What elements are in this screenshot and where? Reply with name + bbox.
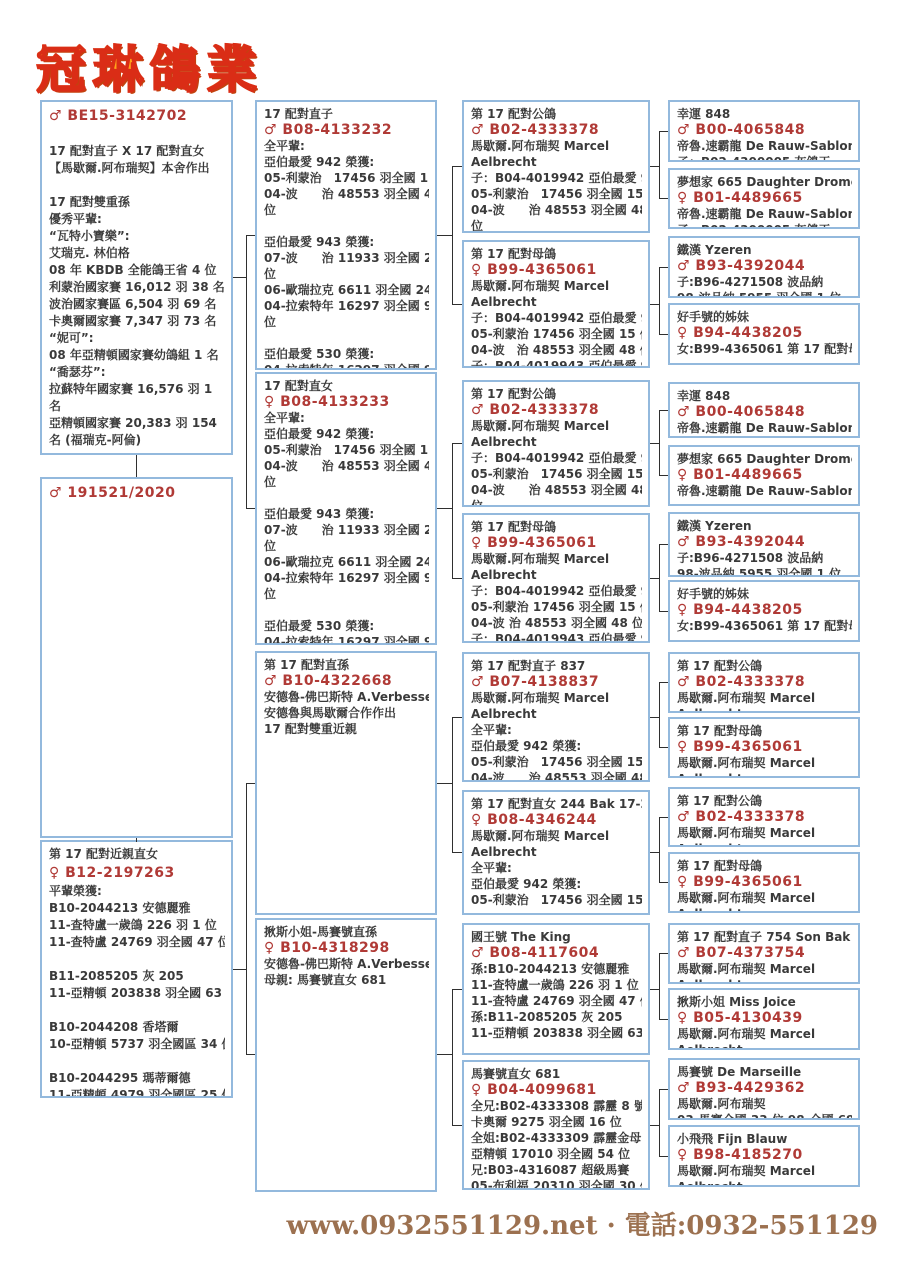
text-line: 全平輩: [264,138,429,154]
text-line: 亞伯最愛 943 榮獲: [264,506,429,522]
text-line [49,126,225,143]
text-line: 女:B99-4365061 第 17 配對母鴿 [677,341,852,357]
pedigree-box-b02-4333378-2: 第 17 配對公鴿♂ B02-4333378馬歇爾.阿布瑞契 MarcelAel… [462,380,650,507]
text-line: 安德魯與馬歇爾合作作出 [264,705,429,721]
text-line: 04-拉索特年 16297 羽全國 93 [264,362,429,370]
text-line: 位 [264,202,429,218]
pedigree-connector [452,166,453,305]
ring-number: ♀ B94-4438205 [677,602,852,618]
ring-number: ♂ B02-4333378 [471,122,642,138]
pedigree-connector [452,717,462,718]
text-line: 馬歇爾.阿布瑞契 [677,1096,852,1112]
text-line [264,490,429,506]
pedigree-connector [452,304,462,305]
pedigree-connector [452,443,453,579]
pedigree-connector [659,882,668,883]
pedigree-connector [246,783,247,1055]
brand-logo: 冠琳鴿業 [36,30,264,102]
text-line: 馬歇爾.阿布瑞契 Marcel [677,825,852,841]
pigeon-title: 第 17 配對直孫 [264,657,429,673]
ring-number: ♂ B08-4133232 [264,122,429,138]
text-line [49,951,225,968]
text-line: 全平輩: [471,860,642,876]
pedigree-connector [452,852,462,853]
text-line: 04-波 治 48553 羽全國 48 [264,186,429,202]
pedigree-connector [246,1054,255,1055]
ring-number: ♂ B02-4333378 [677,674,852,690]
text-line: Aelbrecht [677,1042,852,1050]
text-line: 11-查特盧 24769 羽全國 47 位 [49,934,225,951]
pedigree-box-b10-4318298: 揪斯小姐-馬賽號直孫♀ B10-4318298安德魯-佛巴斯特 A.Verbes… [255,918,437,1192]
pedigree-connector [136,455,137,477]
pedigree-box-b99-4365061-2: 第 17 配對母鴿♀ B99-4365061馬歇爾.阿布瑞契 MarcelAel… [462,513,650,643]
pigeon-title: 第 17 配對直女 244 Bak 17-244 [471,796,642,812]
text-line: 07-波 治 11933 羽全國 20 [264,250,429,266]
text-line [49,1002,225,1019]
pedigree-connector [659,1156,668,1157]
pedigree-box-b07-4373754: 第 17 配對直子 754 Son Bak 17♂ B07-4373754馬歇爾… [668,923,860,984]
text-line [264,218,429,234]
ring-number: ♀ B01-4489665 [677,467,852,483]
text-line: 98-波品納 5955 羽全國 1 位 [677,290,852,298]
pigeon-title: 第 17 配對公鴿 [677,793,852,809]
pedigree-connector [246,508,255,509]
text-line: 17 配對直子 X 17 配對直女 [49,143,225,160]
text-line: 馬歇爾.阿布瑞契 Marcel [677,961,852,977]
pedigree-connector [452,1125,462,1126]
text-line: 位 [264,314,429,330]
text-line: 子：B04-4019943 亞伯最愛 943 [471,631,642,643]
pedigree-connector [659,410,660,476]
text-line: 母親: 馬賽號直女 681 [264,972,429,988]
text-line: 05-利蒙治 17456 羽全國 15 位 [471,599,642,615]
text-line: 亞伯最愛 942 榮獲: [264,154,429,170]
pedigree-box-b08-4117604-the-king: 國王號 The King♂ B08-4117604孫:B10-2044213 安… [462,923,650,1055]
text-line [49,177,225,194]
pedigree-box-b00-4065848-1: 幸運 848♂ B00-4065848帝魯.速霸龍 De Rauw-Sablon… [668,100,860,162]
pedigree-connector [659,747,668,748]
pigeon-title: 第 17 配對近親直女 [49,846,225,863]
ring-number: ♀ B08-4346244 [471,812,642,828]
text-line: Aelbrecht [677,706,852,713]
text-line: 04-拉索特年 16297 羽全國 93 [264,570,429,586]
text-line: 位 [471,498,642,507]
text-line: 子:B96-4271508 波品納 [677,550,852,566]
ring-number: ♀ B99-4365061 [677,874,852,890]
pedigree-connector [659,544,668,545]
ring-number: ♂ B07-4138837 [471,674,642,690]
ring-number: ♂ B93-4392044 [677,258,852,274]
pigeon-title: 第 17 配對母鴿 [677,858,852,874]
pedigree-connector [659,475,668,476]
text-line: 子：B04-4019942 亞伯最愛 942 [471,450,642,466]
text-line: 利蒙治國家賽 16,012 羽 38 名 [49,279,225,296]
pedigree-connector [233,969,247,970]
pedigree-connector [659,267,660,335]
ring-number: ♀ B01-4489665 [677,190,852,206]
text-line: 子：B02-4300005 灰鴿王 [677,222,852,229]
text-line: 05-利蒙治 17456 羽全國 15 位 [471,186,642,202]
text-line: 位 [264,266,429,282]
text-line: Aelbrecht [471,434,642,450]
text-line: 優秀平輩: [49,211,225,228]
text-line: 全平輩: [471,722,642,738]
text-line: 帝魯.速霸龍 De Rauw-Sablon [677,420,852,436]
pigeon-title: 好手號的姊妹 [677,309,852,325]
pedigree-connector [659,611,668,612]
text-line: 位 [264,474,429,490]
pedigree-connector [659,198,668,199]
pedigree-connector [659,1019,668,1020]
text-line: B10-2044213 安德麗雅 [49,900,225,917]
text-line: 馬歇爾.阿布瑞契 Marcel [471,690,642,706]
pedigree-connector [659,1089,668,1090]
pedigree-connector [659,953,660,1020]
pedigree-box-b00-4065848-2: 幸運 848♂ B00-4065848帝魯.速霸龍 De Rauw-Sablon [668,382,860,438]
text-line: 04-拉索特年 16297 羽全國 93 [264,298,429,314]
pedigree-connector [659,682,668,683]
text-line: 位 [264,538,429,554]
ring-number: ♂ B00-4065848 [677,122,852,138]
pedigree-box-b08-4133232: 17 配對直子♂ B08-4133232全平輩:亞伯最愛 942 榮獲:05-利… [255,100,437,370]
text-line: Aelbrecht [471,844,642,860]
text-line: 98-波品納 5955 羽全國 1 位 [677,566,852,577]
text-line: 04-波 治 48553 羽全國 48 [471,770,642,782]
text-line: 06-歐瑞拉克 6611 羽全國 24 位 [264,282,429,298]
text-line: Aelbrecht [471,154,642,170]
text-line: 拉蘇特年國家賽 16,576 羽 1 [49,381,225,398]
text-line: 04-波 治 48553 羽全國 48 [264,458,429,474]
pedigree-connector [659,131,660,199]
text-line: 波治國家賽區 6,504 羽 69 名 [49,296,225,313]
text-line: 05-利蒙治 17456 羽全國 15 位 [264,442,429,458]
text-line: B10-2044295 瑪蒂爾德 [49,1070,225,1087]
ring-number: ♀ B94-4438205 [677,325,852,341]
pedigree-connector [452,578,462,579]
ring-number: ♀ B10-4318298 [264,940,429,956]
text-line: 亞伯最愛 942 榮獲: [471,876,642,892]
text-line: B11-2085205 灰 205 [49,968,225,985]
pedigree-box-b04-4099681: 馬賽號直女 681♀ B04-4099681全兄:B02-4333308 霹靂 … [462,1060,650,1190]
pedigree-connector [659,410,668,411]
pigeon-title: 第 17 配對公鴿 [471,106,642,122]
text-line: 08 年 KBDB 全能鴿王省 4 位 [49,262,225,279]
ring-number: ♂ 191521/2020 [49,483,225,503]
text-line: 安德魯-佛巴斯特 A.Verbesselt [264,689,429,705]
pedigree-connector [659,682,660,748]
pigeon-title: 馬賽號直女 681 [471,1066,642,1082]
text-line: 05-利蒙治 17456 羽全國 15 位 [471,466,642,482]
text-line: 兄:B03-4316087 超級馬賽 [471,1162,642,1178]
text-line: 11-查特盧 24769 羽全國 47 位 [471,993,642,1009]
ring-number: ♂ B02-4333378 [677,809,852,825]
text-line: Aelbrecht [471,706,642,722]
text-line: 08 年亞精頓國家賽幼鴿組 1 名 [49,347,225,364]
pigeon-title: 馬賽號 De Marseille [677,1064,852,1080]
contact-info: www.0932551129.net · 電話:0932-551129 [287,1205,878,1242]
text-line: 11-亞精頓 4979 羽全國區 25 位 [49,1087,225,1098]
ring-number: ♀ B99-4365061 [471,262,642,278]
text-line: 亞伯最愛 530 榮獲: [264,346,429,362]
ring-number: ♀ B99-4365061 [471,535,642,551]
text-line: 名 (福瑞克-阿倫) [49,432,225,449]
pigeon-title: 小飛飛 Fijn Blauw [677,1131,852,1147]
text-line: 04-波 治 48553 羽全國 48 [471,202,642,218]
pigeon-title: 鐵漢 Yzeren [677,242,852,258]
pigeon-title: 第 17 配對直子 837 [471,658,642,674]
text-line: 17 配對雙重孫 [49,194,225,211]
pedigree-box-b10-4322668: 第 17 配對直孫♂ B10-4322668安德魯-佛巴斯特 A.Verbess… [255,651,437,915]
text-line: Aelbrecht [471,567,642,583]
pedigree-connector [659,817,668,818]
ring-number: ♂ B93-4392044 [677,534,852,550]
pedigree-connector [452,989,462,990]
ring-number: ♂ BE15-3142702 [49,106,225,126]
text-line: 馬歇爾.阿布瑞契 Marcel [677,755,852,771]
pigeon-title: 17 配對直女 [264,378,429,394]
pigeon-title: 幸運 848 [677,388,852,404]
pedigree-connector [437,783,453,784]
text-line: 11-亞精頓 203838 羽全國 63 位 [49,985,225,1002]
text-line: 04-波 治 48553 羽全國 48 [471,482,642,498]
pedigree-connector [437,1054,453,1055]
text-line: 帝魯.速霸龍 De Rauw-Sablon [677,483,852,499]
text-line: 07-波 治 11933 羽全國 20 [264,522,429,538]
pedigree-box-b08-4346244: 第 17 配對直女 244 Bak 17-244♀ B08-4346244馬歇爾… [462,790,650,915]
pedigree-connector [659,334,668,335]
ring-number: ♀ B99-4365061 [677,739,852,755]
pedigree-connector [246,235,255,236]
text-line: 亞伯最愛 942 榮獲: [471,738,642,754]
text-line: 馬歇爾.阿布瑞契 Marcel [471,418,642,434]
pedigree-box-b99-4365061-1: 第 17 配對母鴿♀ B99-4365061馬歇爾.阿布瑞契 MarcelAel… [462,240,650,368]
text-line: 馬歇爾.阿布瑞契 Marcel [677,1163,852,1179]
text-line: 06-歐瑞拉克 6611 羽全國 24 位 [264,554,429,570]
text-line: 全兄:B02-4333308 霹靂 8 號 [471,1098,642,1114]
text-line: 05-利蒙治 17456 羽全國 15 位 [471,892,642,908]
text-line: 亞伯最愛 942 榮獲: [264,426,429,442]
pedigree-connector [246,783,255,784]
pigeon-title: 第 17 配對母鴿 [471,519,642,535]
text-line: 馬歇爾.阿布瑞契 Marcel [677,890,852,906]
pedigree-box-subject-191521-2020: ♂ 191521/2020 [40,477,233,838]
text-line: 亞精頓 17010 羽全國 54 位 [471,1146,642,1162]
ring-number: ♀ B04-4099681 [471,1082,642,1098]
text-line: B10-2044208 香塔爾 [49,1019,225,1036]
pedigree-box-b99-4365061-4: 第 17 配對母鴿♀ B99-4365061馬歇爾.阿布瑞契 MarcelAel… [668,852,860,913]
text-line: 馬歇爾.阿布瑞契 Marcel [471,138,642,154]
pedigree-connector [659,544,660,612]
text-line: 04-拉索特年 16297 羽全國 93 [264,634,429,645]
text-line: 孫:B11-2085205 灰 205 [471,1009,642,1025]
text-line: 子：B04-4019942 亞伯最愛 942 [471,583,642,599]
text-line: Aelbrecht [677,1179,852,1187]
text-line: 亞伯最愛 943 榮獲: [264,234,429,250]
ring-number: ♂ B00-4065848 [677,404,852,420]
text-line: 平輩榮獲: [49,883,225,900]
pigeon-title: 第 17 配對母鴿 [677,723,852,739]
text-line [49,1053,225,1070]
pigeon-title: 夢想家 665 Daughter Dromer [677,174,852,190]
pedigree-connector [437,508,453,509]
pedigree-connector [246,235,247,509]
pedigree-connector [136,838,137,842]
pedigree-box-b01-4489665-1: 夢想家 665 Daughter Dromer♀ B01-4489665帝魯.速… [668,168,860,229]
pedigree-connector [452,989,453,1126]
text-line: 卡奧爾 9275 羽全國 16 位 [471,1114,642,1130]
pigeon-title: 第 17 配對公鴿 [471,386,642,402]
text-line: 全姐:B02-4333309 霹靂金母 [471,1130,642,1146]
text-line: 馬歇爾.阿布瑞契 Marcel [677,1026,852,1042]
pedigree-box-b01-4489665-2: 夢想家 665 Daughter Dromer♀ B01-4489665帝魯.速… [668,445,860,506]
pedigree-box-b93-4429362-de-marseille: 馬賽號 De Marseille♂ B93-4429362馬歇爾.阿布瑞契03-… [668,1058,860,1120]
text-line: 【馬歇爾.阿布瑞契】本舍作出 [49,160,225,177]
ring-number: ♂ B07-4373754 [677,945,852,961]
text-line: Aelbrecht [677,977,852,984]
text-line: 馬歇爾.阿布瑞契 Marcel [471,551,642,567]
text-line: Aelbrecht [471,294,642,310]
text-line: 帝魯.速霸龍 De Rauw-Sablon [677,138,852,154]
ring-number: ♂ B93-4429362 [677,1080,852,1096]
pigeon-title: 第 17 配對公鴿 [677,658,852,674]
text-line: 馬歇爾.阿布瑞契 Marcel [677,690,852,706]
text-line: 11-查特盧一歲鴿 226 羽 1 位 [471,977,642,993]
text-line: 艾瑞克. 林伯格 [49,245,225,262]
ring-number: ♂ B10-4322668 [264,673,429,689]
text-line: 馬歇爾.阿布瑞契 Marcel [471,828,642,844]
text-line: 子：B04-4019943 亞伯最愛 943 [471,358,642,368]
text-line: 安德魯-佛巴斯特 A.Verbesselt [264,956,429,972]
text-line: 03-馬賽全國 33 位 98-全國 69 [677,1112,852,1120]
pedigree-box-b94-4438205-1: 好手號的姊妹♀ B94-4438205女:B99-4365061 第 17 配對… [668,303,860,365]
text-line: 帝魯.速霸龍 De Rauw-Sablon [677,206,852,222]
pedigree-box-b05-4130439-miss-joice: 揪斯小姐 Miss Joice♀ B05-4130439馬歇爾.阿布瑞契 Mar… [668,988,860,1050]
pedigree-box-b07-4138837: 第 17 配對直子 837♂ B07-4138837馬歇爾.阿布瑞契 Marce… [462,652,650,782]
text-line: 位 [471,218,642,233]
pedigree-box-b99-4365061-3: 第 17 配對母鴿♀ B99-4365061馬歇爾.阿布瑞契 MarcelAel… [668,717,860,778]
pedigree-box-b93-4392044-2: 鐵漢 Yzeren♂ B93-4392044子:B96-4271508 波品納9… [668,512,860,577]
text-line: 子：B04-4019942 亞伯最愛 942 [471,310,642,326]
text-line [264,330,429,346]
pedigree-connector [659,1089,660,1157]
ring-number: ♀ B12-2197263 [49,863,225,883]
text-line: 孫:B10-2044213 安德麗雅 [471,961,642,977]
pedigree-connector [233,277,247,278]
text-line: 亞精頓國家賽 20,383 羽 154 [49,415,225,432]
pedigree-box-dam-b12-2197263: 第 17 配對近親直女♀ B12-2197263平輩榮獲:B10-2044213… [40,840,233,1098]
ring-number: ♀ B08-4133233 [264,394,429,410]
text-line: 女:B99-4365061 第 17 配對母鴿 [677,618,852,634]
text-line: 05-利蒙治 17456 羽全國 15 位 [264,170,429,186]
pedigree-box-b98-4185270-fijn-blauw: 小飛飛 Fijn Blauw♀ B98-4185270馬歇爾.阿布瑞契 Marc… [668,1125,860,1187]
text-line: Aelbrecht [677,906,852,913]
text-line: 10-亞精頓 5737 羽全國區 34 位 [49,1036,225,1053]
pigeon-title: 夢想家 665 Daughter Dromer [677,451,852,467]
text-line: Aelbrecht [677,841,852,847]
text-line: 05-利蒙治 17456 羽全國 15 位 [471,754,642,770]
text-line: 04-波 治 48553 羽全國 48 位 [471,615,642,631]
pigeon-title: 揪斯小姐-馬賽號直孫 [264,924,429,940]
text-line: “妮可”: [49,330,225,347]
text-line: 11-查特盧一歲鴿 226 羽 1 位 [49,917,225,934]
pedigree-connector [452,717,453,853]
text-line: 名 [49,398,225,415]
ring-number: ♂ B02-4333378 [471,402,642,418]
pedigree-box-b08-4133233: 17 配對直女♀ B08-4133233全平輩:亞伯最愛 942 榮獲:05-利… [255,372,437,645]
text-line: 17 配對雙重近親 [264,721,429,737]
pedigree-connector [437,235,453,236]
pigeon-title: 第 17 配對直子 754 Son Bak 17 [677,929,852,945]
text-line: 子:B96-4271508 波品納 [677,274,852,290]
text-line: 子：B04-4019942 亞伯最愛 942 [471,170,642,186]
text-line: 04-波 治 48553 羽全國 48 位 [471,342,642,358]
text-line: 05-利蒙治 17456 羽全國 15 位 [471,326,642,342]
text-line: “瓦特小寶樂”: [49,228,225,245]
pigeon-title: 鐵漢 Yzeren [677,518,852,534]
pigeon-title: 幸運 848 [677,106,852,122]
pedigree-connector [659,131,668,132]
text-line: 馬歇爾.阿布瑞契 Marcel [471,278,642,294]
pedigree-box-b02-4333378-4: 第 17 配對公鴿♂ B02-4333378馬歇爾.阿布瑞契 MarcelAel… [668,787,860,847]
text-line [264,602,429,618]
pedigree-page: 冠琳鴿業 ♂ BE15-3142702 17 配對直子 X 17 配對直女【馬歇… [0,0,900,1274]
pedigree-box-b02-4333378-1: 第 17 配對公鴿♂ B02-4333378馬歇爾.阿布瑞契 MarcelAel… [462,100,650,233]
pedigree-box-b94-4438205-2: 好手號的姊妹♀ B94-4438205女:B99-4365061 第 17 配對… [668,580,860,642]
pigeon-title: 第 17 配對母鴿 [471,246,642,262]
text-line: 05-布利福 20310 羽全國 30 位 [471,1178,642,1190]
pedigree-connector [659,267,668,268]
text-line: 11-亞精頓 203838 羽全國 63 位 [471,1025,642,1041]
pigeon-title: 好手號的姊妹 [677,586,852,602]
text-line: “喬瑟芬”: [49,364,225,381]
pigeon-title: 揪斯小姐 Miss Joice [677,994,852,1010]
pigeon-title: 國王號 The King [471,929,642,945]
pedigree-connector [452,443,462,444]
pedigree-box-b93-4392044-1: 鐵漢 Yzeren♂ B93-4392044子:B96-4271508 波品納9… [668,236,860,298]
pedigree-connector [659,953,668,954]
pedigree-connector [452,166,462,167]
text-line: Aelbrecht [677,771,852,778]
pedigree-connector [659,817,660,883]
text-line: 卡奧爾國家賽 7,347 羽 73 名 [49,313,225,330]
text-line: 全平輩: [264,410,429,426]
pedigree-box-b02-4333378-3: 第 17 配對公鴿♂ B02-4333378馬歇爾.阿布瑞契 MarcelAel… [668,652,860,713]
text-line: 位 [264,586,429,602]
ring-number: ♀ B98-4185270 [677,1147,852,1163]
pigeon-title: 17 配對直子 [264,106,429,122]
text-line: 子：B02-4300005 灰鴿王 [677,154,852,162]
text-line: 亞伯最愛 530 榮獲: [264,618,429,634]
pedigree-box-grandsire-be15-3142702: ♂ BE15-3142702 17 配對直子 X 17 配對直女【馬歇爾.阿布瑞… [40,100,233,455]
ring-number: ♀ B05-4130439 [677,1010,852,1026]
ring-number: ♂ B08-4117604 [471,945,642,961]
